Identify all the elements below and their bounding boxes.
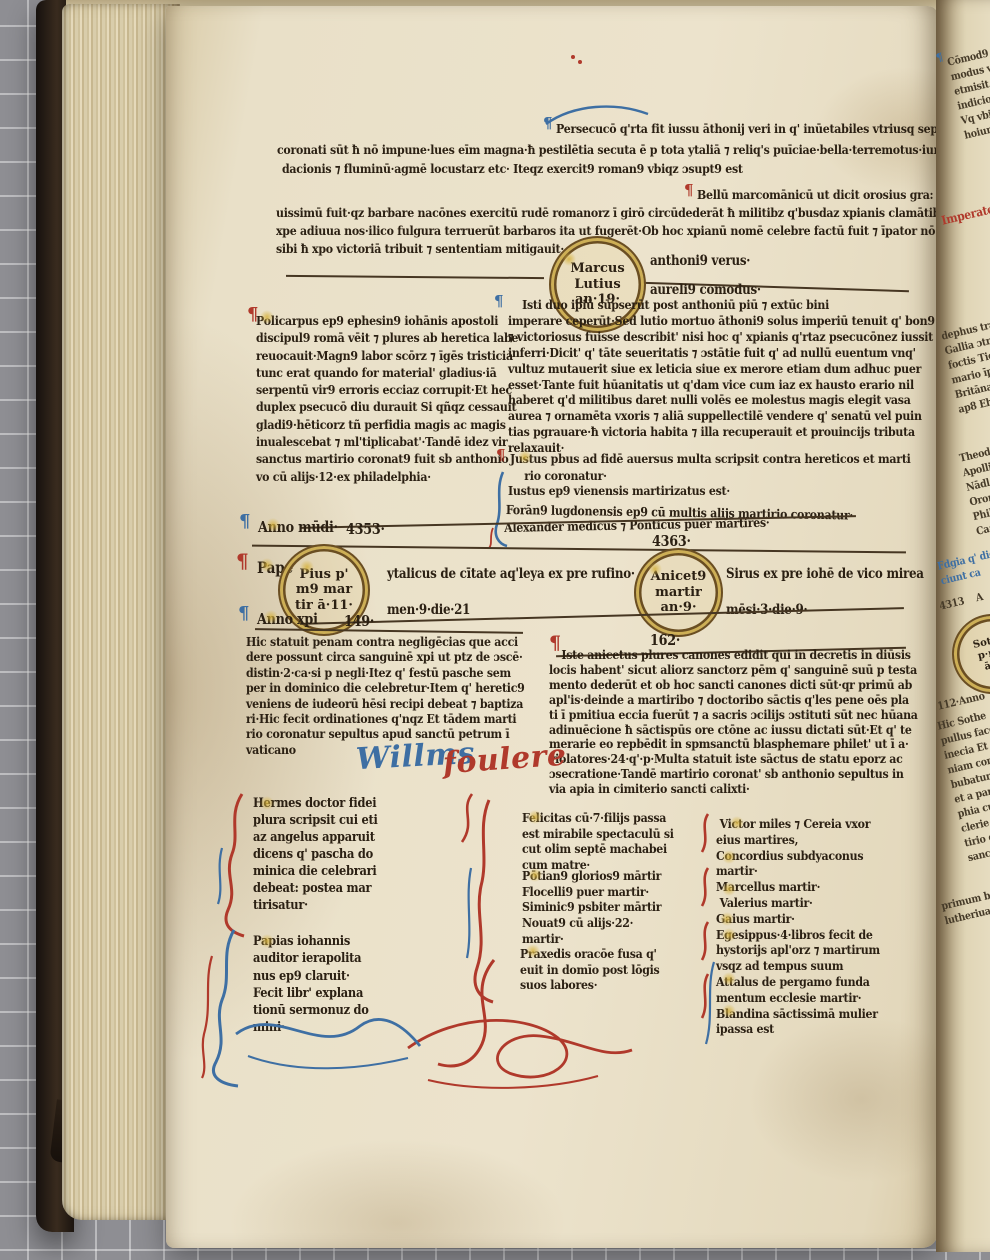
iustus-entry: Iustus ep9 vienensis martirizatus est·	[508, 482, 730, 499]
iste-anicetus-paragraph: Iste anicetus plures canones edidit qui …	[549, 648, 918, 797]
yellow-wash	[528, 810, 542, 824]
pilcrow-mark: ¶	[239, 514, 250, 529]
rubric-dot	[578, 60, 582, 64]
anno-xpi-value: 149·	[344, 613, 374, 630]
facing-text-fragment: Cōmod9 modus vt ini etmisit q'3 a indici…	[946, 40, 990, 144]
text-line: dacionis ⁊ fluminū·agmē locustarz etc· I…	[282, 160, 743, 177]
pilcrow-mark: ¶	[494, 294, 504, 309]
victor-entries: Victor miles ⁊ Cereia vxor eius martires…	[716, 816, 880, 1037]
hic-statuit-paragraph: Hic statuit penam contra negligēcias que…	[246, 634, 525, 757]
pen-flourish	[398, 952, 638, 1092]
potianus-entries: Pōtian9 glorios9 mārtir Flocelli9 puer m…	[522, 868, 661, 947]
facing-text-fragment: Hic Sothe pullus face inecia Et q niam c…	[936, 706, 990, 866]
facing-text-fragment: Theod Apolli Nādl Orom Phili Caaf	[958, 445, 990, 540]
yellow-wash	[260, 558, 274, 572]
yellow-wash	[722, 882, 736, 896]
yellow-wash	[720, 912, 734, 926]
pen-flourish	[212, 790, 252, 940]
facing-text-fragment: 4313 A	[938, 590, 985, 615]
anicetus-side-text: Sirus ex pre iohē de vico mirea mēsi·3·d…	[726, 556, 924, 628]
yellow-wash	[260, 934, 274, 948]
yellow-wash	[300, 560, 314, 574]
yellow-wash	[266, 518, 280, 532]
justus-entry: Justus pbus ad fidē auersus multa scrips…	[510, 451, 911, 484]
photo-backdrop-grid: ¶ Persecucō q'rta fit iussu āthonij veri…	[0, 0, 990, 1260]
pilcrow-mark: ¶	[684, 183, 694, 198]
yellow-wash	[528, 868, 542, 882]
pilcrow-mark: ¶	[543, 116, 553, 131]
pen-flourish	[450, 790, 480, 852]
facing-page-sliver: ¶ Cōmod9 modus vt ini etmisit q'3 a indi…	[936, 0, 990, 1252]
text-line: uissimū fuit·qz barbare nacōnes exercitū…	[276, 204, 957, 221]
pilcrow-mark: ¶	[936, 49, 945, 65]
yellow-wash	[264, 610, 278, 624]
facing-text-fragment: primum b lutheriua	[940, 889, 990, 929]
felicitas-entry: Felicitas cū·7·filijs passa est mirabile…	[522, 810, 674, 872]
page-stack-edges	[62, 4, 180, 1220]
facing-text-fragment: Fdgia q' dic ciunt ca	[936, 547, 990, 589]
pen-flourish	[696, 812, 718, 1047]
text-line: Bellū marcomānicū ut dicit orosius gra:	[697, 186, 933, 203]
yellow-wash	[518, 450, 532, 464]
pilcrow-mark: ¶	[238, 606, 249, 621]
yellow-wash	[722, 928, 736, 942]
text-line: coronati sūt ħ nō impune·lues eīm magna·…	[277, 141, 946, 158]
imperatores-heading: Imperatores	[940, 198, 990, 229]
hermes-entry: Hermes doctor fidei plura scripsit cui e…	[253, 795, 378, 914]
yellow-wash	[722, 1004, 736, 1018]
yellow-wash	[260, 310, 274, 324]
pen-flourish	[228, 1000, 428, 1085]
text-line: sibi ħ xpo victoriā tribuit ⁊ sententiam…	[276, 240, 564, 257]
yellow-wash	[648, 562, 662, 576]
yellow-wash	[722, 850, 736, 864]
partial-roundel: Soth9 p·m ī ā·9·	[944, 606, 990, 702]
yellow-wash	[562, 252, 576, 266]
pilcrow-mark: ¶	[236, 554, 249, 569]
yellow-wash	[730, 816, 744, 830]
yellow-wash	[722, 972, 736, 986]
facing-text-fragment: dephus tra Gallia ɔtra foctis Tie q'd ma…	[940, 315, 990, 417]
pilcrow-mark: ¶	[496, 448, 506, 463]
anno-mundi-value: 4353·	[346, 521, 385, 538]
isti-duo-paragraph: Isti duo ipiū sūpserūt post anthoniū piū…	[508, 297, 935, 456]
yellow-wash	[526, 944, 540, 958]
rubric-dot	[571, 55, 575, 59]
ownership-inscription-foulere: foulere	[442, 741, 567, 780]
yellow-wash	[260, 796, 274, 810]
policarpus-paragraph: Policarpus ep9 ephesin9 iohānis apostoli…	[256, 312, 518, 485]
pope-anicetus-roundel: Anicet9 martir an·9·	[634, 548, 723, 637]
text-line: Persecucō q'rta fit iussu āthonij veri i…	[556, 120, 949, 137]
